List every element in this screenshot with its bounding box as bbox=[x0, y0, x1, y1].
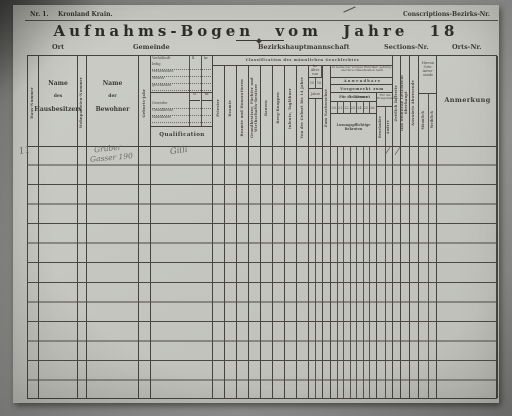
fl-unit-mid: fl. bbox=[189, 93, 200, 101]
haus-nummer-label: Haus-Nummer bbox=[31, 87, 35, 119]
header-divider-rule bbox=[25, 20, 498, 21]
hievon-title: Hievon Orts- Anwe- sende bbox=[419, 56, 437, 94]
nachwuchs-year-15: 15 bbox=[309, 78, 315, 89]
qual-vline-3 bbox=[189, 101, 190, 126]
qual-row-geschieden: geschieden bbox=[152, 84, 211, 91]
sheet-number: Nr. 1. bbox=[30, 11, 49, 18]
column-hausbesitzer: Name des Hausbesitzers bbox=[39, 56, 78, 398]
class-label-2: Beamte und Honoratioren bbox=[241, 79, 245, 136]
kriegsmarine-label: Für die Kriegsmarine bbox=[377, 93, 393, 107]
geburtsjahr-label: Geburts-Jahr bbox=[143, 89, 147, 118]
hausbesitzer-line2: des bbox=[54, 94, 63, 99]
hievon-line-3: sende bbox=[419, 74, 437, 78]
class-col-honoratioren: Beamte und Honoratioren bbox=[237, 65, 249, 398]
qualification-label: Qualification bbox=[151, 132, 213, 138]
column-wohnparteien: Wohnparteien-Nummer bbox=[78, 56, 87, 398]
ort-label: Ort bbox=[52, 43, 64, 51]
class-col-taglöhner: Inleute, Taglöhner bbox=[285, 65, 297, 398]
column-auswaerts-abwesende: Auswärts Abwesende bbox=[410, 56, 419, 398]
class-col-grundbesitzer: Grundbesitzer, Pächter und Wirthschafts-… bbox=[249, 65, 261, 398]
right-col-label-1: Das weibliche Geschlecht überhaupt bbox=[401, 64, 409, 142]
nachwuchs-side-label: Zum Nachwuchse bbox=[325, 89, 329, 127]
column-hievon-anwesende: Hievon Orts- Anwe- sende Männlich Weibli… bbox=[419, 56, 437, 398]
vorgemerkt-label: Vorgemerkt zum Dienst bbox=[331, 85, 393, 93]
form-title: Aufnahms-Bogen vom Jahre 18 bbox=[0, 22, 512, 40]
hievon-weiblich: Weiblich bbox=[431, 111, 434, 128]
hievon-maennlich: Männlich bbox=[422, 111, 425, 130]
right-col-label-0: Zeitlich Befreite bbox=[395, 85, 399, 121]
nachwuchs-cell-divider bbox=[315, 78, 316, 398]
qual-bottom-rule bbox=[151, 126, 213, 127]
qual-vline-4 bbox=[201, 101, 202, 126]
column-weibliches-geschlecht: Das weibliche Geschlecht überhaupt bbox=[401, 56, 410, 398]
column-qualification: Verhältniß: fl. kr. ledig verheirathet W… bbox=[151, 56, 213, 398]
column-anmerkung: Anmerkung bbox=[437, 56, 498, 398]
kr-unit-mid: kr. bbox=[201, 93, 212, 101]
class-label-0: Priester bbox=[217, 99, 221, 117]
conscription-district-label: Conscriptions-Bezirks-Nr. bbox=[403, 11, 490, 18]
column-geburtsjahr: Geburts-Jahr bbox=[139, 56, 151, 398]
losungspflichtige-label: Losungspflichtige Rekruten bbox=[331, 114, 376, 146]
bezirkshauptmannschaft-label: Bezirkshauptmannschaft bbox=[258, 43, 349, 51]
bewohner-header: Name der Bewohner bbox=[87, 80, 138, 113]
class-label-3: Grundbesitzer, Pächter und Wirthschafts-… bbox=[251, 69, 259, 147]
census-table: Haus-Nummer Name des Hausbesitzers Wohnp… bbox=[27, 55, 497, 399]
hausbesitzer-header: Name des Hausbesitzers bbox=[39, 80, 77, 113]
conscription-intro: In keine der vorigen Rubriken gehörig, u… bbox=[331, 65, 393, 78]
class-label-6: Inleute, Taglöhner bbox=[289, 88, 293, 129]
class-label-5: Berg-Knappen bbox=[277, 92, 281, 124]
sections-nr-label: Sections-Nr. bbox=[384, 43, 429, 51]
marine-col-andere: Andere bbox=[387, 120, 390, 134]
nachwuchs-box: Im Alter von 15 16 Jahre Zum Nachwuchse bbox=[309, 65, 331, 398]
anmerkung-label: Anmerkung bbox=[437, 96, 498, 104]
classification-group: Classification des männlichen Geschlecht… bbox=[213, 56, 393, 398]
verhaeltnis-title: Verhältniß: bbox=[152, 57, 188, 61]
qual-vline-2 bbox=[201, 56, 202, 92]
wohnparteien-label: Wohnparteien-Nummer bbox=[80, 77, 84, 128]
class-col-bergknappen: Berg-Knappen bbox=[273, 65, 285, 398]
marine-col-beurlaubte: Beurlaubte bbox=[379, 116, 382, 138]
bewohner-line2: der bbox=[108, 94, 116, 99]
classification-body: Priester Beamte Beamte und Honoratioren … bbox=[213, 65, 392, 398]
nachwuchs-unit: Jahre bbox=[309, 89, 322, 99]
class-col-bauern: Bauern bbox=[261, 65, 273, 398]
qual-row-hausthiere: Hausthiere bbox=[152, 116, 211, 123]
class-col-nachwuchs-bis14: Von der Geburt bis 14 Jahre bbox=[297, 65, 309, 398]
class-col-beamte: Beamte bbox=[225, 65, 237, 398]
class-label-4: Bauern bbox=[265, 100, 269, 116]
column-bewohner: Name der Bewohner bbox=[87, 56, 139, 398]
age-26: 26. bbox=[370, 102, 376, 113]
bewohner-line3: Bewohner bbox=[96, 106, 130, 113]
qual-vline-1 bbox=[189, 56, 190, 92]
nachwuchs-year-16: 16 bbox=[316, 78, 322, 89]
hausbesitzer-line1: Name bbox=[48, 80, 68, 87]
hausbesitzer-line3: Hausbesitzers bbox=[34, 106, 82, 113]
anwendbare-label: A n w e n d b a r e bbox=[331, 78, 393, 85]
conscription-box: In keine der vorigen Rubriken gehörig, u… bbox=[331, 65, 393, 398]
handwriting-margin-number: 11 bbox=[18, 145, 31, 157]
flourish-ornament bbox=[236, 40, 284, 41]
crownland-label: Kronland Krain. bbox=[58, 11, 113, 18]
armee-age-numbers: 20. 21. 22. 23. 24. 25. 26. bbox=[331, 102, 376, 114]
kr-unit-top: kr. bbox=[204, 57, 208, 61]
nachwuchs-title: Im Alter von bbox=[309, 65, 322, 78]
scanned-form-photo: Nr. 1. Kronland Krain. Conscriptions-Bez… bbox=[0, 0, 512, 416]
class-label-1: Beamte bbox=[229, 100, 233, 117]
right-col-label-2: Auswärts Abwesende bbox=[412, 80, 416, 126]
fl-unit-top: fl. bbox=[192, 57, 195, 61]
gemeinde-label: Gemeinde bbox=[133, 43, 170, 51]
orts-nr-label: Orts-Nr. bbox=[452, 43, 481, 51]
bewohner-line1: Name bbox=[103, 80, 123, 87]
class-label-7: Von der Geburt bis 14 Jahre bbox=[301, 77, 305, 139]
class-col-priester: Priester bbox=[213, 65, 225, 398]
armee-label: Für die Armee bbox=[331, 93, 376, 102]
